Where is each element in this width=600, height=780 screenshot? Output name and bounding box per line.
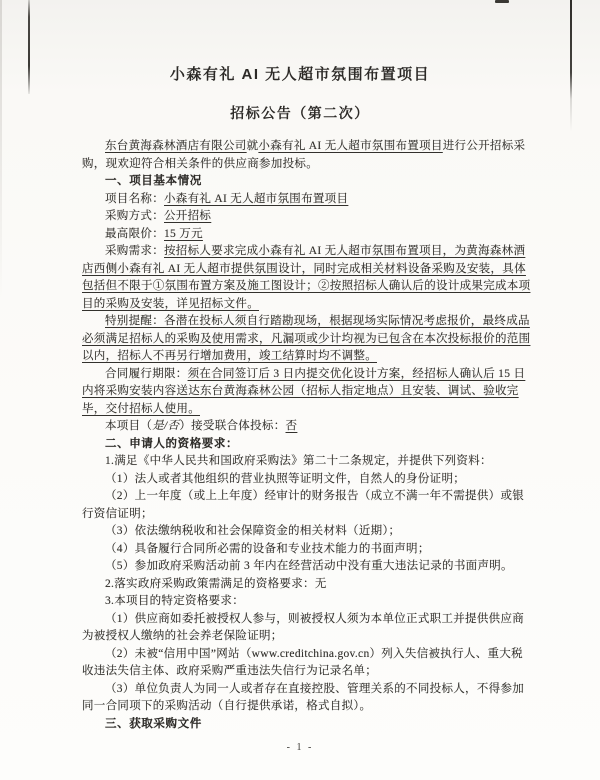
qualification-item: （1）法人或者其他组织的营业执照等证明文件，自然人的身份证明； (82, 471, 534, 489)
scan-artifact-top-dash (495, 0, 509, 3)
qualification-item: （2）未被“信用中国”网站（www.creditchina.gov.cn）列入失… (82, 646, 534, 681)
joint-bid-answer: 否 (286, 420, 298, 432)
scan-edge-line (0, 0, 2, 300)
scanned-document-page: 小森有礼 AI 无人超市氛围布置项目 招标公告（第二次） 东台黄海森林酒店有限公… (0, 0, 600, 780)
qualification-item: （1）供应商如委托被授权人参与，则被授权人须为本单位正式职工并提供供应商为被授权… (82, 611, 534, 646)
special-notice-paragraph: 特别提醒：各潜在投标人须自行踏勘现场，根据现场实际情况考虑报价，最终成品必须满足… (82, 313, 534, 366)
joint-bid-option: 是/否 (152, 420, 179, 432)
scan-artifact-right-line (570, 0, 572, 132)
page-number: - 1 - (0, 742, 600, 753)
document-subtitle: 招标公告（第二次） (0, 103, 600, 123)
contract-period-label: 合同履行期限： (105, 368, 188, 380)
document-body: 东台黄海森林酒店有限公司就小森有礼 AI 无人超市氛围布置项目进行公开招标采购，… (82, 138, 534, 733)
document-title: 小森有礼 AI 无人超市氛围布置项目 (0, 63, 600, 84)
field-project-name: 项目名称：小森有礼 AI 无人超市氛围布置项目 (82, 191, 534, 209)
joint-bid-mid: ）接受联合体投标： (179, 420, 285, 432)
field-value: 公开招标 (164, 210, 211, 222)
field-label: 项目名称： (105, 193, 164, 205)
section-1-heading: 一、项目基本情况 (82, 173, 534, 191)
field-value: 小森有礼 AI 无人超市氛围布置项目 (164, 193, 348, 205)
field-label: 最高限价： (105, 228, 164, 240)
qualification-item: （4）具备履行合同所必需的设备和专业技术能力的书面声明； (82, 541, 534, 559)
tenderer-company-name: 东台黄海森林酒店有限公司 (105, 140, 247, 152)
section-2-heading: 二、申请人的资格要求： (82, 436, 534, 454)
project-name-inline: 小森有礼 AI 无人超市氛围布置项目 (258, 140, 442, 152)
field-procurement-requirements: 采购需求：按招标人要求完成小森有礼 AI 无人超市氛围布置项目，为黄海森林酒店西… (82, 243, 534, 313)
qualification-item: （3）单位负责人为同一人或者存在直接控股、管理关系的不同投标人，不得参加同一合同… (82, 681, 534, 716)
qualification-item: （2）上一年度（或上上年度）经审计的财务报告（成立不满一年不需提供）或银行资信证… (82, 488, 534, 523)
intro-connector: 就 (247, 140, 259, 152)
section-3-heading: 三、获取采购文件 (82, 716, 534, 734)
joint-bid-line: 本项目（是/否）接受联合体投标：否 (82, 418, 534, 436)
qualification-item: （5）参加政府采购活动前 3 年内在经营活动中没有重大违法记录的书面声明。 (82, 558, 534, 576)
scan-artifact-left-line (28, 0, 30, 94)
field-value: 15 万元 (164, 228, 203, 240)
qualification-item: 3.本项目的特定资格要求： (82, 593, 534, 611)
qualification-item: 2.落实政府采购政策需满足的资格要求：无 (82, 576, 534, 594)
field-label: 采购方式： (105, 210, 164, 222)
special-notice-text: 特别提醒：各潜在投标人须自行踏勘现场，根据现场实际情况考虑报价，最终成品必须满足… (82, 315, 530, 362)
intro-paragraph: 东台黄海森林酒店有限公司就小森有礼 AI 无人超市氛围布置项目进行公开招标采购，… (82, 138, 534, 173)
field-procurement-method: 采购方式：公开招标 (82, 208, 534, 226)
field-price-ceiling: 最高限价：15 万元 (82, 226, 534, 244)
qualification-item: （3）依法缴纳税收和社会保障资金的相关材料（近期）； (82, 523, 534, 541)
contract-period-paragraph: 合同履行期限：须在合同签订后 3 日内提交优化设计方案，经招标人确认后 15 日… (82, 366, 534, 419)
qualification-item: 1.满足《中华人民共和国政府采购法》第二十二条规定，并提供下列资料： (82, 453, 534, 471)
field-label: 采购需求： (105, 245, 164, 257)
joint-bid-prefix: 本项目（ (105, 420, 152, 432)
